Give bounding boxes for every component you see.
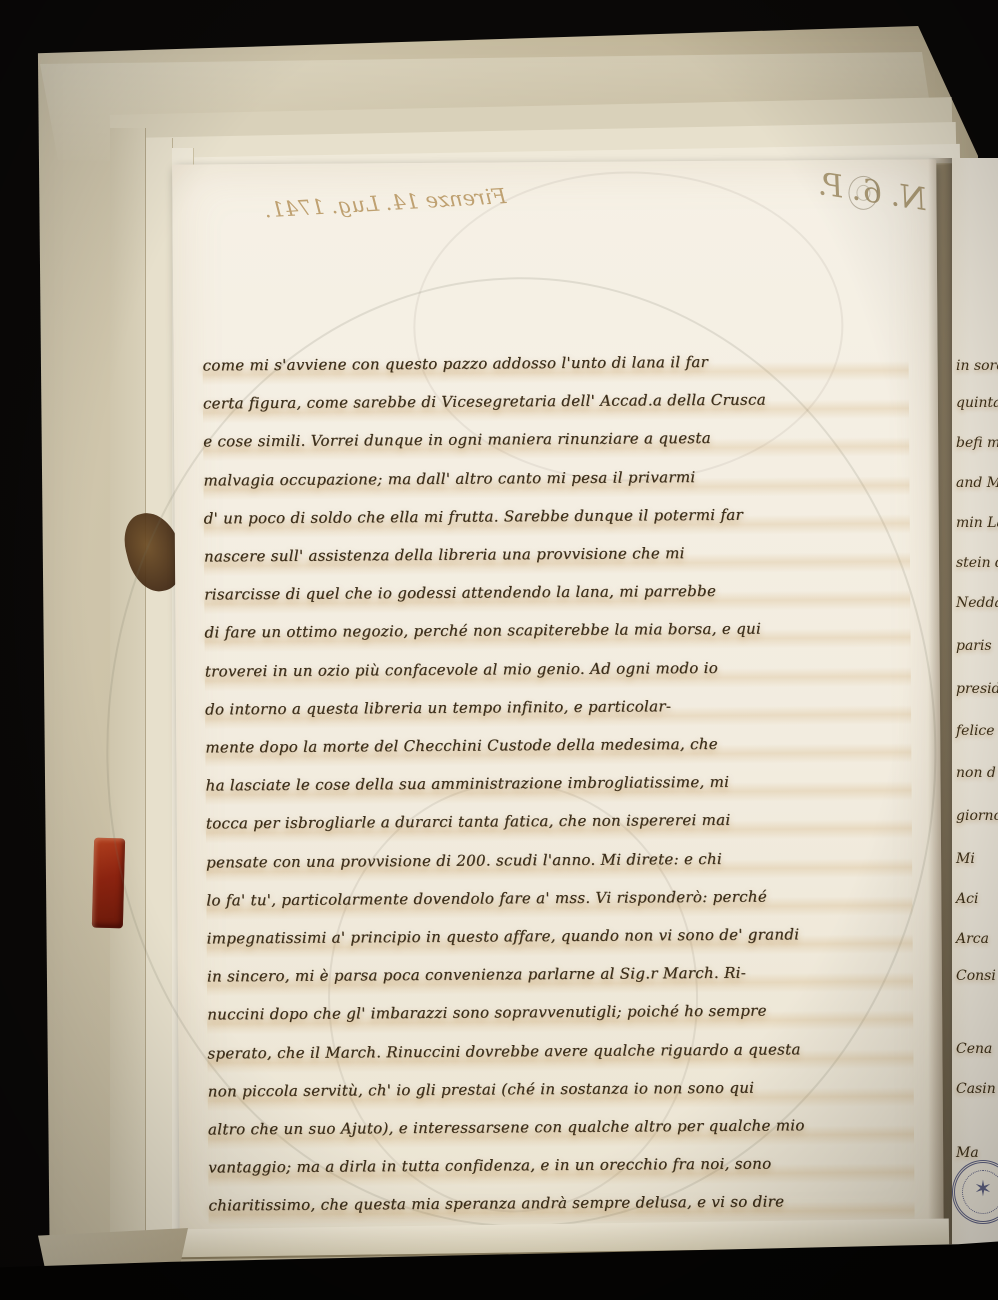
handwriting-line: e cose simili. Vorrei dunque in ogni man… bbox=[203, 428, 909, 467]
handwriting-line: certa figura, come sarebbe di Vicesegret… bbox=[203, 390, 909, 429]
handwriting-line: risarcisse di quel che io godessi attend… bbox=[204, 581, 910, 620]
handwriting-block: come mi s'avviene con questo pazzo addos… bbox=[172, 159, 944, 1244]
library-stamp: ✶ bbox=[952, 1160, 998, 1224]
handwriting-line: non piccola servitù, ch' io gli prestai … bbox=[208, 1077, 914, 1116]
manuscript-page: Firenze 14. Lug. 1741. N. 6. P. come mi … bbox=[172, 159, 944, 1244]
facing-page-overlay: ✶ bbox=[952, 158, 998, 1248]
handwriting-line: mente dopo la morte del Checchini Custod… bbox=[205, 734, 911, 773]
handwriting-line: troverei in un ozio più confacevole al m… bbox=[205, 657, 911, 696]
handwriting-line: lo fa' tu', particolarmente dovendolo fa… bbox=[206, 886, 912, 925]
handwriting-line: impegnatissimi a' principio in questo af… bbox=[207, 925, 913, 964]
star-icon: ✶ bbox=[955, 1177, 998, 1202]
handwriting-line: nuccini dopo che gl' imbarazzi sono sopr… bbox=[207, 1001, 913, 1040]
handwriting-line: d' un poco di soldo che ella mi frutta. … bbox=[204, 504, 910, 543]
handwriting-line: malvagia occupazione; ma dall' altro can… bbox=[203, 466, 909, 505]
handwriting-line: vantaggio; ma a dirla in tutta confidenz… bbox=[208, 1154, 914, 1193]
handwriting-line: tocca per isbrogliarle a durarci tanta f… bbox=[206, 810, 912, 849]
handwriting-line: do intorno a questa libreria un tempo in… bbox=[205, 695, 911, 734]
handwriting-line: pensate con una provvisione di 200. scud… bbox=[206, 848, 912, 887]
handwriting-line: sperato, che il March. Rinuccini dovrebb… bbox=[207, 1039, 913, 1078]
manuscript-photograph: Firenze 14. Lug. 1741. N. 6. P. come mi … bbox=[0, 0, 998, 1300]
handwriting-line: ha lasciate le cose della sua amministra… bbox=[206, 772, 912, 811]
handwriting-line: di fare un ottimo negozio, perché non sc… bbox=[204, 619, 910, 658]
handwriting-line: nascere sull' assistenza della libreria … bbox=[204, 543, 910, 582]
handwriting-line: altro che un suo Ajuto), e interessarsen… bbox=[208, 1116, 914, 1155]
handwriting-line: in sincero, mi è parsa poca convenienza … bbox=[207, 963, 913, 1002]
handwriting-line: come mi s'avviene con questo pazzo addos… bbox=[203, 352, 909, 391]
